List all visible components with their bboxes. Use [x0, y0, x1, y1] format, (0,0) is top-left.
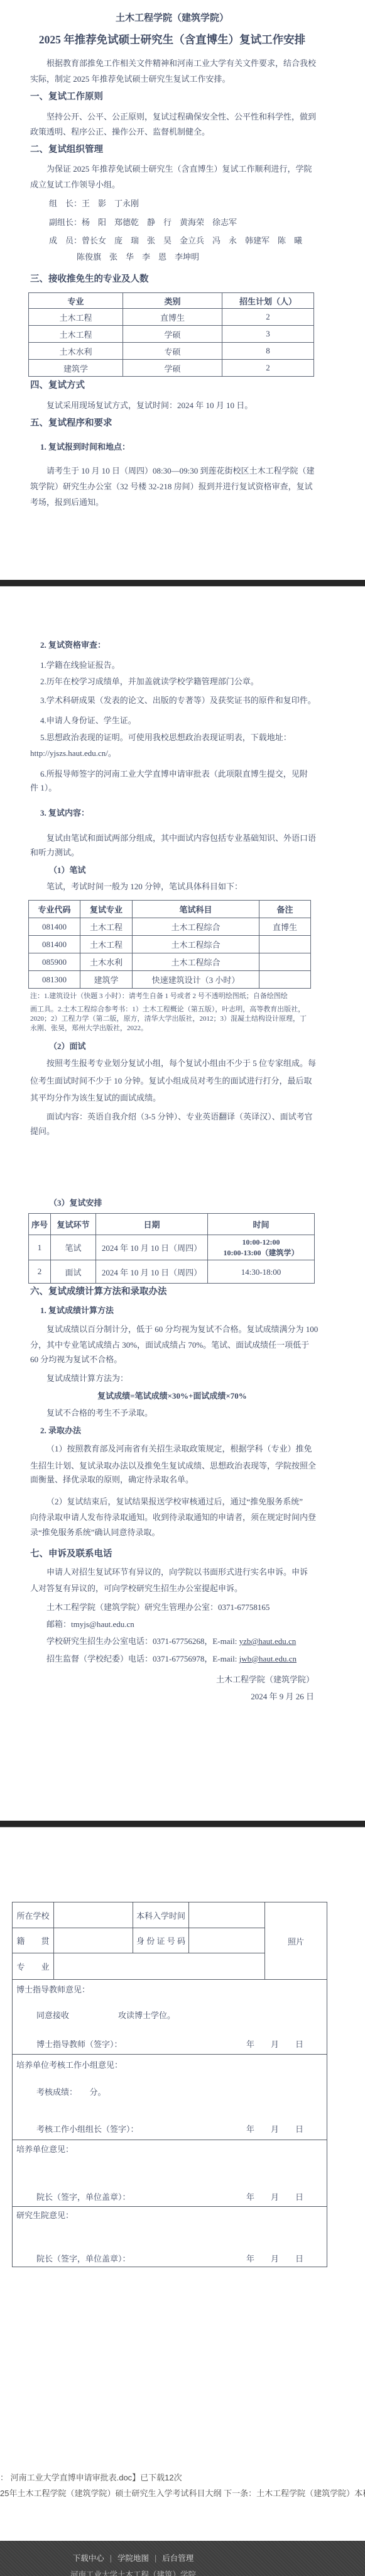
- cell-major: 土木水利: [80, 953, 133, 971]
- table-row: 土木工程 直博生 2: [29, 309, 314, 326]
- table-row: 2 面试 2024 年 10 月 10 日（周四） 14:30-18:00: [29, 1260, 315, 1284]
- cell-quota: 2: [222, 360, 314, 377]
- document-preview-page: 土木工程学院（建筑学院） 2025 年推荐免试硕士研究生（含直博生）复试工作安排…: [0, 0, 365, 2576]
- download-url-link[interactable]: http://yjszs.haut.edu.cn/。: [30, 748, 116, 759]
- table-header: 专业代码: [29, 901, 80, 918]
- doc-line: 成立复试工作领导小组。: [30, 179, 120, 191]
- table-header: 日期: [96, 1214, 208, 1235]
- doc-line: 筑学院）研究生办公室（32 号楼 32-218 房间）报到并进行复试资格审查，复…: [30, 481, 313, 492]
- opinion-date: 年 月 日: [246, 2252, 303, 2264]
- table-note-line: 永刚、张昊，郑州大学出版社，2022。: [30, 1024, 148, 1033]
- subheading-admission-method: 2. 录取办法: [40, 1425, 81, 1436]
- footer-link-download-center[interactable]: 下载中心: [73, 2554, 104, 2563]
- doc-line: 政策透明、程序公正、操作公开、监督机制健全。: [30, 126, 210, 138]
- cell-stage: 面试: [51, 1260, 96, 1284]
- table-row: 085900 土木水利 土木工程综合: [29, 953, 311, 971]
- supervision-email-link[interactable]: jwb@haut.edu.cn: [239, 1654, 297, 1663]
- admission-plan-table: 专业 类别 招生计划（人） 土木工程 直博生 2 土木工程 学硕 3 土木水利 …: [28, 292, 314, 377]
- contact-office-phone: 土木工程学院（建筑学院）研究生管理办公室：0371-67758165: [46, 1602, 270, 1613]
- leader-line: 组 长：王 影 丁永刚: [49, 198, 139, 209]
- leader-line: 副组长：杨 阳 郑德乾 静 行 黄海荣 徐志军: [49, 217, 237, 228]
- section-heading-5: 五、复试程序和要求: [30, 418, 112, 429]
- section-heading-4: 四、复试方式: [30, 380, 85, 391]
- cell-category: 学硕: [123, 326, 222, 343]
- doc-line: 录“推免服务系统”确认同意待录取。: [30, 1527, 160, 1538]
- doc-line: 申请人对招生复试环节有异议的，向学院以书面形式进行实名申诉。申诉: [46, 1567, 308, 1578]
- footer-separator: |: [104, 2554, 117, 2563]
- subheading-written-exam: （1）笔试: [49, 865, 86, 876]
- doc-line: 复试采用现场复试方式，复试时间：2024 年 10 月 10 日。: [46, 400, 253, 411]
- doc-line: 坚持公开、公平、公正原则，复试过程确保安全性、公平性和科学性，做到: [46, 111, 316, 123]
- cell-major: 土木工程: [29, 309, 123, 326]
- form-row: 培养单位考核工作小组意见： 考核成绩： 分。 考核工作小组组长（签字）： 年 月…: [13, 2055, 327, 2140]
- phd-approval-form-table: 所在学校 本科入学时间 照片 籍 贯 身 份 证 号 码 专 业 博士指导教师意…: [12, 1902, 327, 2267]
- form-row: 培养单位意见： 院长（签字，单位盖章）： 年 月 日: [13, 2140, 327, 2207]
- subheading-report-time: 1. 复试报到时间和地点：: [40, 441, 130, 453]
- opinion-sign: 博士指导教师（签字）：: [36, 2038, 123, 2050]
- table-note-line: 注：1.建筑设计（快题 3 小时）：请考生自备 1 号或者 2 号不透明绘图纸；…: [30, 992, 288, 1001]
- opinion-sign: 院长（签字，单位盖章）：: [36, 2252, 131, 2264]
- opinion-sign: 考核工作小组组长（签字）：: [36, 2123, 139, 2135]
- section-heading-3: 三、接收推免生的专业及人数: [30, 274, 149, 285]
- doc-line: 其平均分作为该生复试的面试成绩。: [30, 1092, 161, 1104]
- form-unit-opinion: 培养单位意见： 院长（签字，单位盖章）： 年 月 日: [13, 2140, 327, 2207]
- section-heading-2: 二、复试组织管理: [30, 144, 103, 155]
- cell-major: 土木工程: [80, 936, 133, 953]
- table-header: 类别: [123, 293, 222, 309]
- intro-line: 实际，制定 2025 年推荐免试硕士研究生复试工作安排。: [30, 74, 231, 85]
- cell-major: 建筑学: [80, 971, 133, 989]
- doc-line: 复试不合格的考生不予录取。: [46, 1407, 153, 1419]
- form-row: 研究生院意见： 院长（签字，单位盖章）： 年 月 日: [13, 2207, 327, 2267]
- cell-subject: 土木工程综合: [133, 953, 259, 971]
- cell-code: 081400: [29, 918, 80, 936]
- opinion-title: 培养单位考核工作小组意见：: [16, 2058, 123, 2070]
- footer-separator: |: [149, 2554, 162, 2563]
- contact-email: 邮箱：tmyjs@haut.edu.cn: [46, 1619, 134, 1630]
- contact-supervision-text: 招生监督（学校纪委）电话：0371-67756978，E-mail:: [46, 1654, 239, 1663]
- doc-line: 按照考生报考专业划分复试小组，每个复试小组由不少于 5 位专家组成。每: [46, 1058, 316, 1069]
- cell-remark: [259, 953, 311, 971]
- table-header: 专业: [29, 293, 123, 309]
- table-row: 建筑学 学硕 2: [29, 360, 314, 377]
- doc-line: 考场，报到后通知。: [30, 497, 104, 508]
- subheading-content: 3. 复试内容：: [40, 808, 89, 819]
- doc-title-main: 2025 年推荐免试硕士研究生（含直博生）复试工作安排: [0, 34, 344, 45]
- doc-line: 人对答复有异议的，可向学校研究生招生办公室提起申诉。: [30, 1583, 242, 1594]
- doc-line: 件 1）。: [30, 782, 57, 794]
- section-heading-1: 一、复试工作原则: [30, 91, 103, 103]
- cell-remark: [259, 971, 311, 989]
- cell-major: 建筑学: [29, 360, 123, 377]
- doc-line: （1）按照教育部及河南省有关招生录取政策规定，根据学科（专业）推免: [46, 1443, 312, 1455]
- table-row: 081400 土木工程 土木工程综合: [29, 936, 311, 953]
- section-heading-6: 六、复试成绩计算方法和录取办法: [30, 1286, 167, 1297]
- table-header: 招生计划（人）: [222, 293, 314, 309]
- form-label-major: 专 业: [13, 1953, 54, 1980]
- cell-quota: 2: [222, 309, 314, 326]
- cell-category: 直博生: [123, 309, 222, 326]
- contact-admissions-text: 学校研究生招生办公室电话：0371-67756268，E-mail:: [46, 1636, 239, 1646]
- table-header: 时间: [208, 1214, 315, 1235]
- table-row: 081300 建筑学 快速建筑设计（3 小时）: [29, 971, 311, 989]
- cell-quota: 8: [222, 343, 314, 360]
- opinion-title: 培养单位意见：: [16, 2143, 74, 2155]
- score-formula: 复试成绩=笔试成绩×30%+面试成绩×70%: [0, 1391, 344, 1402]
- form-assessment-opinion: 培养单位考核工作小组意见： 考核成绩： 分。 考核工作小组组长（签字）： 年 月…: [13, 2055, 327, 2140]
- table-note-line: 2020；2）工程力学（第二版，原方，清华大学出版社，2012；3）混凝土结构设…: [30, 1014, 307, 1024]
- form-row: 博士指导教师意见： 同意接收 攻读博士学位。 博士指导教师（签字）： 年 月 日: [13, 1980, 327, 2055]
- admissions-email-link[interactable]: yzb@haut.edu.cn: [239, 1636, 297, 1646]
- doc-line: 向待录取申请人发布待录取通知。收到待录取通知的申请者，须在规定时间内登: [30, 1512, 316, 1523]
- doc-line: 请考生于 10 月 10 日（周四）08:30—09:30 到莲花街校区土木工程…: [46, 465, 314, 477]
- subheading-score-method: 1. 复试成绩计算方法: [40, 1305, 114, 1316]
- cell-quota: 3: [222, 326, 314, 343]
- doc-line: 位考生面试时间不少于 10 分钟。复试小组成员对考生的面试进行打分，最后取: [30, 1075, 312, 1087]
- cell-remark: 直博生: [259, 918, 311, 936]
- doc-line: 笔试，考试时间一般为 120 分钟，笔试具体科目如下：: [46, 881, 242, 892]
- table-header: 复试专业: [80, 901, 133, 918]
- table-note-line: 画工具。2.土木工程综合参考书：1）土木工程概论（第五版），叶志明，高等教育出版…: [30, 1005, 305, 1014]
- time-line: 10:00-12:00: [208, 1237, 314, 1248]
- cell-code: 081300: [29, 971, 80, 989]
- doc-line: 4.申请人身份证、学生证。: [40, 715, 136, 726]
- subheading-qualification: 2. 复试资格审查：: [40, 640, 106, 651]
- doc-line: 面衡量、择优录取的原则，确定待录取名单。: [30, 1474, 193, 1485]
- form-label-enroll-time: 本科入学时间: [133, 1902, 189, 1928]
- opinion-date: 年 月 日: [246, 2123, 303, 2135]
- cell-subject: 快速建筑设计（3 小时）: [133, 971, 259, 989]
- contact-admissions: 学校研究生招生办公室电话：0371-67756268，E-mail: yzb@h…: [46, 1636, 296, 1647]
- table-row: 1 笔试 2024 年 10 月 10 日（周四） 10:00-12:00 10…: [29, 1235, 315, 1260]
- cell-date: 2024 年 10 月 10 日（周四）: [96, 1235, 208, 1260]
- form-label-id-number: 身 份 证 号 码: [133, 1928, 189, 1953]
- opinion-sign: 院长（签字，单位盖章）：: [36, 2190, 131, 2202]
- doc-line: 1.学籍在线验证报告。: [40, 660, 120, 671]
- table-row: 土木水利 专硕 8: [29, 343, 314, 360]
- doc-line: 面试内容：英语自我介绍（3-5 分钟）、专业英语翻译（英译汉）、面试考官: [46, 1111, 313, 1123]
- subheading-interview: （2）面试: [49, 1041, 86, 1052]
- doc-line: 3.学术科研成果（发表的论文、出版的专著等）及获奖证书的原件和复印件。: [40, 695, 316, 706]
- section-heading-7: 七、申诉及联系电话: [30, 1548, 112, 1560]
- cell-no: 2: [29, 1260, 51, 1284]
- doc-line: 复试由笔试和面试两部分组成，其中面试内容包括专业基础知识、外语口语: [46, 833, 316, 844]
- cell-time: 10:00-12:00 10:00-13:00（建筑学）: [208, 1235, 315, 1260]
- table-row: 土木工程 学硕 3: [29, 326, 314, 343]
- cell-subject: 土木工程综合: [133, 936, 259, 953]
- opinion-title: 研究生院意见：: [16, 2209, 74, 2221]
- table-header: 笔试科目: [133, 901, 259, 918]
- opinion-line: 同意接收 攻读博士学位。: [36, 2009, 175, 2021]
- cell-major: 土木工程: [80, 918, 133, 936]
- opinion-line: 考核成绩： 分。: [36, 2085, 106, 2097]
- leader-line: 陈俊旗 张 华 李 恩 李坤明: [77, 252, 199, 263]
- footer-link-campus-map[interactable]: 学院地图: [117, 2554, 149, 2563]
- doc-line: 5.思想政治表现的证明。可使用我校思想政治表现证明表，下载地址：: [40, 732, 291, 743]
- opinion-title: 博士指导教师意见：: [16, 1983, 90, 1995]
- doc-title-college: 土木工程学院（建筑学院）: [0, 13, 344, 24]
- prev-next-article-links[interactable]: 25年土木工程学院（建筑学院）硕士研究生入学考试科目大纲 下一条：土木工程学院（…: [0, 2488, 365, 2499]
- cell-no: 1: [29, 1235, 51, 1260]
- doc-line: 为保证 2025 年推荐免试硕士研究生（含直博生）复试工作顺利进行，学院: [46, 164, 312, 175]
- table-row: 081400 土木工程 土木工程综合 直博生: [29, 918, 311, 936]
- doc-line: 60 分均视为复试不合格。: [30, 1354, 122, 1365]
- attachment-download-link[interactable]: ： 河南工业大学直博申请审批表.doc】已下载12次: [0, 2472, 365, 2484]
- form-field-native-place: [54, 1928, 133, 1953]
- cell-stage: 笔试: [51, 1235, 96, 1260]
- opinion-date: 年 月 日: [246, 2190, 303, 2202]
- cell-code: 081400: [29, 936, 80, 953]
- form-field-major: [54, 1953, 265, 1980]
- leader-line: 成 员：曾长女 庞 瑞 张 昊 金立兵 冯 永 韩建军 陈 曦: [49, 235, 302, 247]
- contact-supervision: 招生监督（学校纪委）电话：0371-67756978，E-mail: jwb@h…: [46, 1653, 297, 1665]
- table-header: 序号: [29, 1214, 51, 1235]
- doc-line: 复试成绩计算方法为：: [46, 1373, 128, 1384]
- form-supervisor-opinion: 博士指导教师意见： 同意接收 攻读博士学位。 博士指导教师（签字）： 年 月 日: [13, 1980, 327, 2055]
- table-header: 备注: [259, 901, 311, 918]
- cell-category: 学硕: [123, 360, 222, 377]
- form-field-id-number: [189, 1928, 265, 1953]
- cell-subject: 土木工程综合: [133, 918, 259, 936]
- form-label-native-place: 籍 贯: [13, 1928, 54, 1953]
- cell-major: 土木水利: [29, 343, 123, 360]
- cell-time: 14:30-18:00: [208, 1260, 315, 1284]
- written-exam-table: 专业代码 复试专业 笔试科目 备注 081400 土木工程 土木工程综合 直博生…: [28, 900, 311, 989]
- time-line: 10:00-13:00（建筑学）: [208, 1248, 314, 1258]
- opinion-date: 年 月 日: [246, 2038, 303, 2050]
- doc-line: 生招生计划、复试录取办法以及推免生复试成绩、思想政治表现等，学院按照全: [30, 1460, 316, 1472]
- doc-line: 2.历年在校学习成绩单，并加盖就读学校学籍管理部门公章。: [40, 676, 259, 687]
- form-gradschool-opinion: 研究生院意见： 院长（签字，单位盖章）： 年 月 日: [13, 2207, 327, 2267]
- footer-org-name: 河南工业大学土木工程（建筑）学院: [0, 2568, 266, 2576]
- page-separator: [0, 1821, 365, 1828]
- doc-line: 提问。: [30, 1126, 55, 1137]
- doc-line: 分，其中专业笔试成绩占 30%，面试成绩占 70%。笔试、面试成绩任一项低于: [30, 1340, 309, 1351]
- cell-category: 专硕: [123, 343, 222, 360]
- doc-line: 复试成绩以百分制计分，低于 60 分均视为复试不合格。复试成绩满分为 100: [46, 1324, 318, 1335]
- signature-college: 土木工程学院（建筑学院）: [30, 1674, 314, 1685]
- doc-line: （2）复试结束后，复试结果报送学校审核通过后，通过“推免服务系统”: [46, 1496, 303, 1507]
- doc-line: 和听力测试。: [30, 847, 79, 858]
- form-field-school: [54, 1902, 133, 1928]
- intro-line: 根据教育部推免工作相关文件精神和河南工业大学有关文件要求，结合我校: [46, 58, 316, 69]
- footer-nav: 下载中心|学院地图|后台管理: [0, 2552, 266, 2563]
- page-separator: [0, 580, 365, 587]
- schedule-table: 序号 复试环节 日期 时间 1 笔试 2024 年 10 月 10 日（周四） …: [28, 1213, 315, 1284]
- table-header: 复试环节: [51, 1214, 96, 1235]
- doc-line: 6.所报导师签字的河南工业大学直博申请审批表（此项限直博生提交，见附: [40, 769, 308, 780]
- cell-date: 2024 年 10 月 10 日（周四）: [96, 1260, 208, 1284]
- form-field-enroll-time: [189, 1902, 265, 1928]
- signature-date: 2024 年 9 月 26 日: [30, 1691, 314, 1702]
- form-row: 所在学校 本科入学时间 照片: [13, 1902, 327, 1928]
- form-photo-box: 照片: [265, 1902, 327, 1980]
- cell-remark: [259, 936, 311, 953]
- footer-link-admin[interactable]: 后台管理: [162, 2554, 193, 2563]
- cell-major: 土木工程: [29, 326, 123, 343]
- subheading-schedule: （3）复试安排: [49, 1197, 102, 1209]
- form-label-school: 所在学校: [13, 1902, 54, 1928]
- site-footer: 下载中心|学院地图|后台管理 河南工业大学土木工程（建筑）学院: [0, 2541, 365, 2576]
- cell-code: 085900: [29, 953, 80, 971]
